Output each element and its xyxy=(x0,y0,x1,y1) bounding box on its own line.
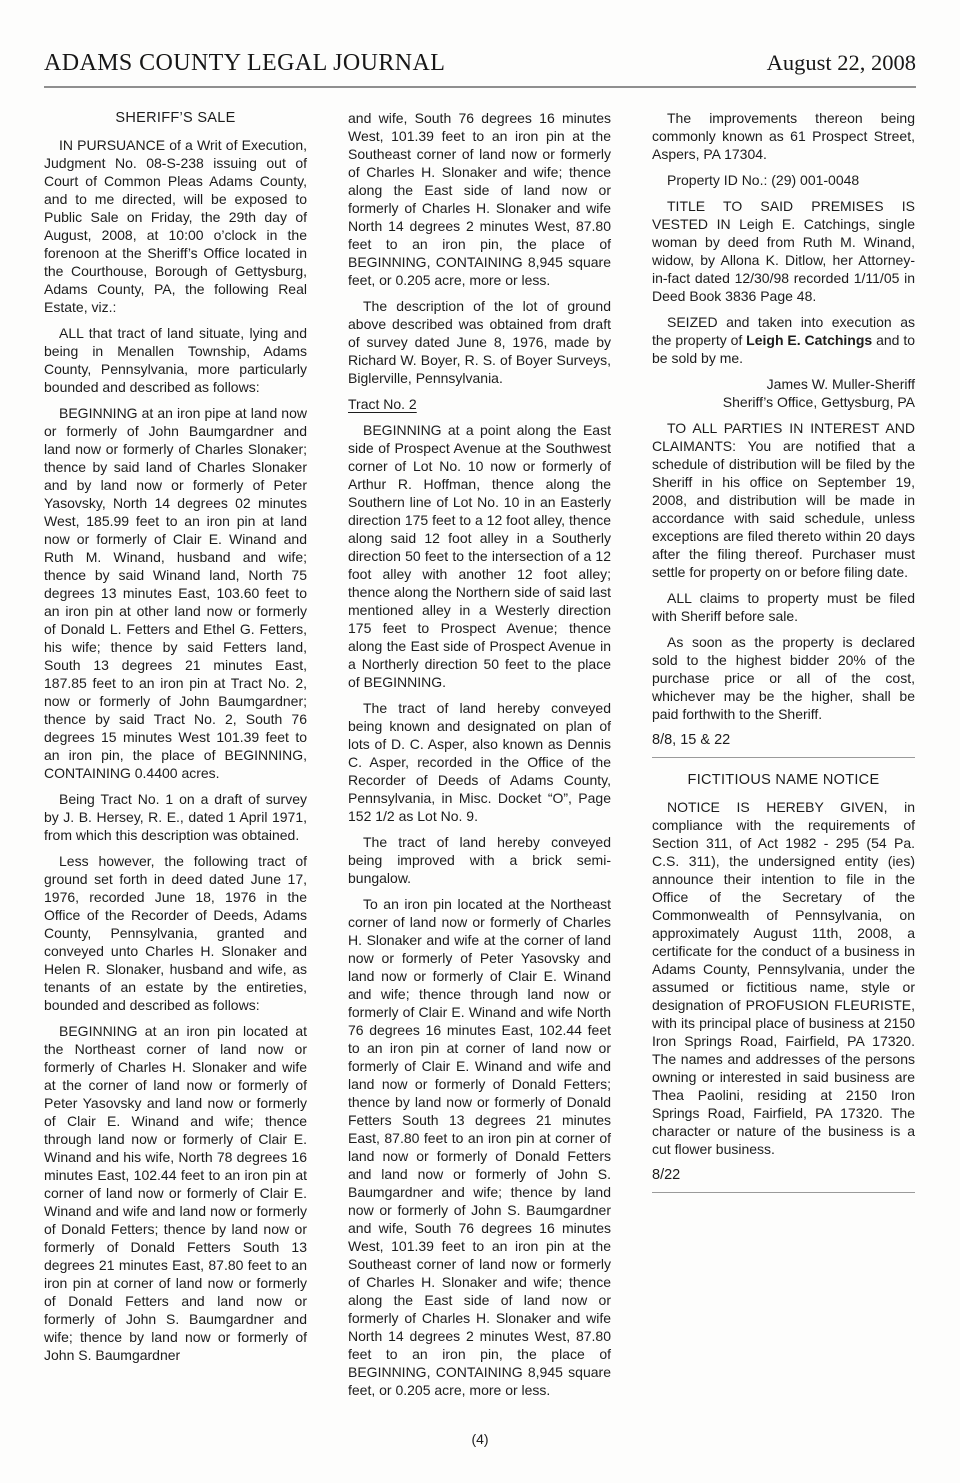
notice-paragraph: Property ID No.: (29) 001-0048 xyxy=(652,171,915,189)
issue-date: August 22, 2008 xyxy=(767,50,916,76)
notice-paragraph: NOTICE IS HEREBY GIVEN, in compliance wi… xyxy=(652,798,915,1158)
notice-paragraph: To an iron pin located at the Northeast … xyxy=(348,895,611,1399)
page-header: ADAMS COUNTY LEGAL JOURNAL August 22, 20… xyxy=(44,0,916,77)
signature-block: James W. Muller-SheriffSheriff’s Office,… xyxy=(652,375,915,411)
page-number: (4) xyxy=(471,1431,488,1447)
notice-divider xyxy=(652,757,915,758)
notice-divider xyxy=(652,1192,915,1193)
masthead-rule xyxy=(44,86,916,88)
page-footer: (4) xyxy=(0,1431,960,1447)
notice-paragraph: The tract of land hereby conveyed being … xyxy=(348,699,611,825)
notice-columns: SHERIFF’S SALEIN PURSUANCE of a Writ of … xyxy=(44,109,916,1407)
publication-dates: 8/22 xyxy=(652,1166,915,1184)
notice-paragraph: BEGINNING at a point along the East side… xyxy=(348,421,611,691)
subsection-heading: Tract No. 2 xyxy=(348,395,611,413)
section-heading: FICTITIOUS NAME NOTICE xyxy=(652,771,915,789)
column-2: and wife, South 76 degrees 16 minutes We… xyxy=(348,109,611,1407)
publication-dates: 8/8, 15 & 22 xyxy=(652,731,915,749)
notice-paragraph: Less however, the following tract of gro… xyxy=(44,852,307,1014)
notice-paragraph: TITLE TO SAID PREMISES IS VESTED IN Leig… xyxy=(652,197,915,305)
notice-paragraph-continuation: and wife, South 76 degrees 16 minutes We… xyxy=(348,109,611,289)
legal-journal-page: ADAMS COUNTY LEGAL JOURNAL August 22, 20… xyxy=(0,0,960,1483)
section-heading: SHERIFF’S SALE xyxy=(44,109,307,127)
notice-paragraph: BEGINNING at an iron pin located at the … xyxy=(44,1022,307,1364)
journal-title: ADAMS COUNTY LEGAL JOURNAL xyxy=(44,50,445,77)
notice-paragraph: The tract of land hereby conveyed being … xyxy=(348,833,611,887)
notice-paragraph: TO ALL PARTIES IN INTEREST AND CLAIMANTS… xyxy=(652,419,915,581)
notice-paragraph: As soon as the property is declared sold… xyxy=(652,633,915,723)
emphasized-name: Leigh E. Catchings xyxy=(746,332,872,348)
notice-paragraph: IN PURSUANCE of a Writ of Execution, Jud… xyxy=(44,136,307,316)
notice-paragraph: BEGINNING at an iron pipe at land now or… xyxy=(44,404,307,782)
notice-paragraph: ALL claims to property must be filed wit… xyxy=(652,589,915,625)
notice-paragraph: The description of the lot of ground abo… xyxy=(348,297,611,387)
signature-line: Sheriff’s Office, Gettysburg, PA xyxy=(652,393,915,411)
notice-paragraph: SEIZED and taken into execution as the p… xyxy=(652,313,915,367)
signature-line: James W. Muller-Sheriff xyxy=(652,375,915,393)
column-1: SHERIFF’S SALEIN PURSUANCE of a Writ of … xyxy=(44,109,307,1407)
notice-paragraph: ALL that tract of land situate, lying an… xyxy=(44,324,307,396)
column-3: The improvements thereon being commonly … xyxy=(652,109,915,1407)
notice-paragraph: The improvements thereon being commonly … xyxy=(652,109,915,163)
notice-paragraph: Being Tract No. 1 on a draft of survey b… xyxy=(44,790,307,844)
